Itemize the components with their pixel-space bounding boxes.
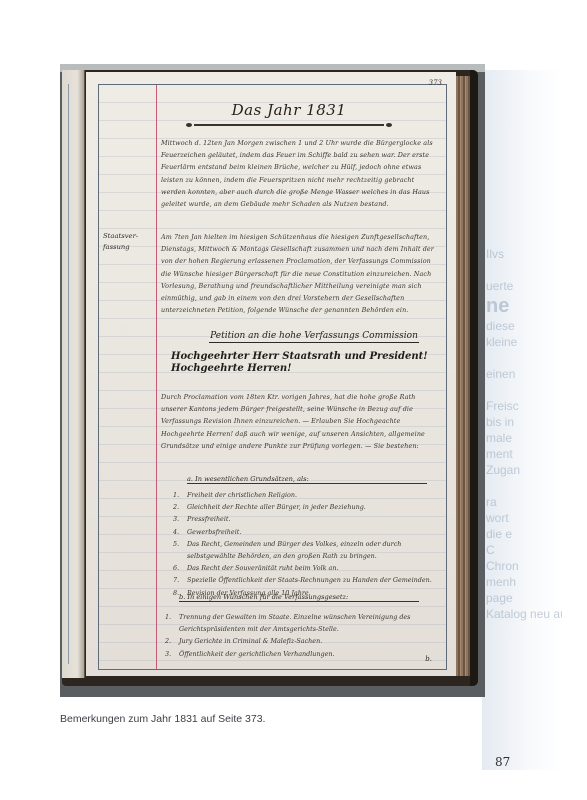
list-item: 4.Gewerbsfreiheit. [173,526,443,538]
list-text: Das Recht der Souveränität ruht beim Vol… [187,562,339,574]
page-frame: 373 Das Jahr 1831 Mittwoch d. 12ten Jan … [98,84,447,670]
list-text: Jury Gerichte in Criminal & Malefiz-Sach… [179,635,322,647]
list-item: 2.Gleichheit der Rechte aller Bürger, in… [173,501,443,513]
bleed-line: uerte [482,278,562,294]
list-b: 1.Trennung der Gewalten im Staate. Einze… [165,611,435,660]
page-number: 87 [495,755,510,769]
bound-book: 373 Das Jahr 1831 Mittwoch d. 12ten Jan … [62,70,476,686]
paragraph-constitution: Am 7ten Jan hielten im hiesigen Schützen… [161,231,441,316]
salutation: Hochgeehrter Herr Staatsrath und Preside… [171,351,441,375]
list-num: 3. [173,513,187,525]
list-text: Gewerbsfreiheit. [187,526,241,538]
salutation-line: Hochgeehrte Herren! [171,363,441,375]
bleed-line: male [482,430,562,446]
petition-title: Petition an die hohe Verfassungs Commiss… [209,331,419,343]
bleed-line: diese [482,318,562,334]
list-num: 3. [165,648,179,660]
bleed-line [482,182,562,198]
bleed-line: Freisc [482,398,562,414]
bleed-line: bis in [482,414,562,430]
list-num: 7. [173,574,187,586]
list-a: 1.Freiheit der christlichen Religion. 2.… [173,489,443,599]
bleed-line: Chron [482,558,562,574]
margin-note: Staatsver- fassung [103,231,153,253]
list-item: 3.Öffentlichkeit der gerichtlichen Verha… [165,648,435,660]
bleed-line [482,198,562,214]
list-item: 1.Freiheit der christlichen Religion. [173,489,443,501]
heading-flourish [194,124,384,126]
bleed-line [482,86,562,102]
bleed-line: page [482,590,562,606]
paragraph-fire: Mittwoch d. 12ten Jan Morgen zwischen 1 … [161,137,441,210]
list-item: 6.Das Recht der Souveränität ruht beim V… [173,562,443,574]
bleed-line [482,150,562,166]
list-num: 4. [173,526,187,538]
book-cover-edge [470,70,478,686]
list-text: Pressfreiheit. [187,513,230,525]
manuscript-photo: 373 Das Jahr 1831 Mittwoch d. 12ten Jan … [60,64,485,697]
bleed-line [482,118,562,134]
bleed-line: C [482,542,562,558]
manuscript-heading: Das Jahr 1831 [209,101,369,119]
list-num: 1. [165,611,179,635]
petition-intro: Durch Proclamation vom 18ten Ktr. vorige… [161,391,441,452]
list-text: Trennung der Gewalten im Staate. Einzeln… [179,611,435,635]
bleed-line [482,350,562,366]
bleed-line: wort [482,510,562,526]
list-text: Spezielle Öffentlichkeit der Staats-Rech… [187,574,432,586]
bleed-line [482,134,562,150]
list-num: 2. [165,635,179,647]
bleed-line: kleine [482,334,562,350]
list-item: 5.Das Recht, Gemeinden und Bürger des Vo… [173,538,443,562]
list-num: 1. [173,489,187,501]
paragraph-text: Mittwoch d. 12ten Jan Morgen zwischen 1 … [161,137,441,210]
list-num: 5. [173,538,187,562]
petition-intro-text: Durch Proclamation vom 18ten Ktr. vorige… [161,391,441,452]
figure-caption: Bemerkungen zum Jahr 1831 auf Seite 373. [60,713,265,725]
section-b-heading: b. In einigen Wünschen für die Verfassun… [179,593,419,602]
list-text: Freiheit der christlichen Religion. [187,489,297,501]
bleed-line [482,214,562,230]
bleed-line: ra [482,494,562,510]
list-item: 3.Pressfreiheit. [173,513,443,525]
bleed-line: ne [482,294,562,318]
list-item: 2.Jury Gerichte in Criminal & Malefiz-Sa… [165,635,435,647]
bleed-line [482,262,562,278]
bleed-line [482,478,562,494]
list-text: Das Recht, Gemeinden und Bürger des Volk… [187,538,443,562]
manuscript-page-number: 373 [429,79,442,87]
list-item: 7.Spezielle Öffentlichkeit der Staats-Re… [173,574,443,586]
left-page-rule [68,84,69,664]
bleed-line: ment [482,446,562,462]
salutation-line: Hochgeehrter Herr Staatsrath und Preside… [171,351,441,363]
bleed-line: Zugan [482,462,562,478]
list-num: 2. [173,501,187,513]
bleed-line [482,70,562,86]
facing-page-bleed-through: Ilvs uertenediesekleine einen Freiscbis … [482,70,562,770]
paragraph-text: Am 7ten Jan hielten im hiesigen Schützen… [161,231,441,316]
bleed-line [482,102,562,118]
catchword-mark: b. [425,655,432,663]
bleed-line [482,230,562,246]
left-page-edge [62,70,85,678]
bleed-line [482,166,562,182]
manuscript-page: 373 Das Jahr 1831 Mittwoch d. 12ten Jan … [86,72,456,676]
bleed-line: menh [482,574,562,590]
section-a-heading: a. In wesentlichen Grundsätzen, als: [187,475,427,484]
list-text: Gleichheit der Rechte aller Bürger, in j… [187,501,366,513]
bleed-line: die e [482,526,562,542]
bleed-line [482,382,562,398]
list-num: 6. [173,562,187,574]
list-text: Öffentlichkeit der gerichtlichen Verhand… [179,648,335,660]
bleed-line: Ilvs [482,246,562,262]
bleed-line: einen [482,366,562,382]
margin-rule [156,85,157,669]
list-item: 1.Trennung der Gewalten im Staate. Einze… [165,611,435,635]
bleed-line: Katalog neu auch den Zugang zu verschied… [482,606,562,622]
